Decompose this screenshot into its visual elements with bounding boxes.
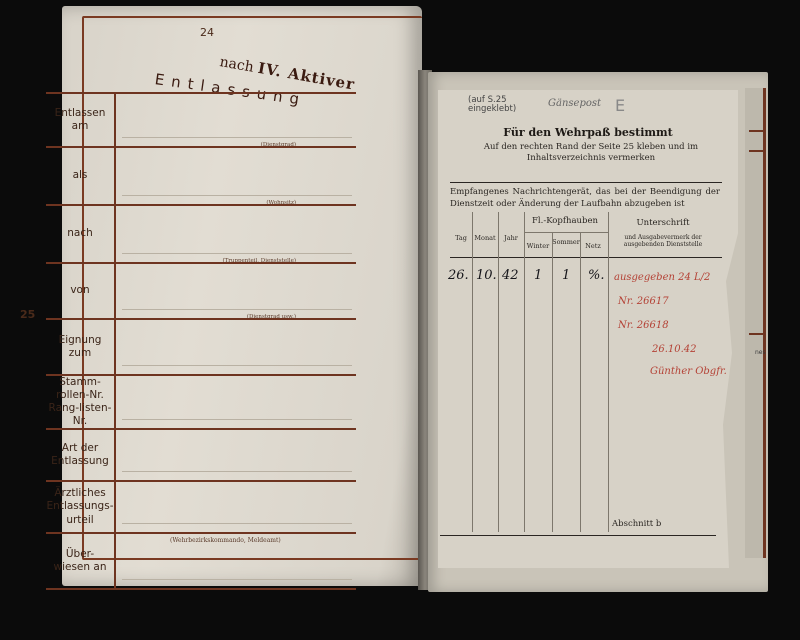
col-winter: Winter: [524, 242, 552, 250]
form-row-field[interactable]: (Dienstgrad): [116, 94, 356, 146]
col-group-kopfhauben: Fl.-Kopfhauben: [524, 216, 606, 226]
form-row: nach(Truppenteil, Dienststelle): [46, 204, 356, 262]
form-row-field[interactable]: (Dienstgrad usw.): [116, 264, 356, 318]
form-row-field[interactable]: [116, 430, 356, 480]
entry-winter: 1: [534, 268, 542, 283]
equipment-table-header: Tag Monat Jahr Fl.-Kopfhauben Winter Som…: [450, 212, 716, 256]
form-row-label: Art der Entlassung: [46, 430, 116, 480]
form-row: von(Dienstgrad usw.): [46, 262, 356, 318]
slip-intro: Empfangenes Nachrichtengerät, das bei de…: [450, 187, 720, 211]
entry-netz: %.: [588, 268, 605, 283]
col-tag: Tag: [450, 234, 472, 242]
col-unterschrift-sub: und Ausgabevermerk der ausgebenden Diens…: [610, 234, 716, 248]
entry-sommer: 1: [562, 268, 570, 283]
form-row: Stamm-rollen-Nr. Rang-listen-Nr.: [46, 374, 356, 428]
red-annotation: 26.10.42: [652, 344, 697, 355]
form-row-field[interactable]: [116, 482, 356, 532]
red-annotation: Günther Obgfr.: [650, 366, 727, 377]
section-label: Abschnitt b: [612, 519, 661, 529]
form-row-field[interactable]: [116, 320, 356, 374]
entry-monat: 10.: [476, 268, 497, 283]
col-jahr: Jahr: [498, 234, 524, 242]
entry-tag: 26.: [448, 268, 469, 283]
form-row: als(Wohnsitz): [46, 146, 356, 204]
form-row-field[interactable]: (Truppenteil, Dienststelle): [116, 206, 356, 262]
col-sommer: Sommer: [552, 238, 580, 246]
red-annotation: Nr. 26617: [618, 296, 669, 307]
discharge-form-grid: Entlassen am(Dienstgrad)als(Wohnsitz)nac…: [46, 92, 356, 590]
form-row: Art der Entlassung: [46, 428, 356, 480]
form-row-label: nach: [46, 206, 116, 262]
form-row-label: als: [46, 148, 116, 204]
pencil-note-2: Gänsepost: [548, 98, 601, 109]
slip-subtitle: Auf den rechten Rand der Seite 25 kleben…: [446, 142, 736, 165]
col-netz: Netz: [580, 242, 606, 250]
form-row-label: von: [46, 264, 116, 318]
slip-title: Für den Wehrpaß bestimmt: [438, 126, 738, 139]
red-annotation: ausgegeben 24 L/2: [614, 272, 710, 283]
form-row: Eignung zum: [46, 318, 356, 374]
pencil-letter: E: [615, 96, 625, 115]
side-page-number: 25: [20, 308, 35, 321]
form-row-label: Über-wiesen an: [46, 534, 116, 588]
pencil-note: (auf S.25 eingeklebt): [468, 96, 516, 115]
page-number: 24: [200, 26, 214, 39]
form-row: Entlassen am(Dienstgrad): [46, 92, 356, 146]
form-row-field[interactable]: [116, 376, 356, 428]
pencil-note-line: eingeklebt): [468, 105, 516, 114]
right-page-edge: [745, 88, 766, 558]
col-unterschrift: Unterschrift: [610, 218, 716, 228]
entry-jahr: 42: [502, 268, 519, 283]
form-row-label: Ärztliches Entlassungs-urteil: [46, 482, 116, 532]
form-row: Ärztliches Entlassungs-urteil: [46, 480, 356, 532]
footer-hint: (Wehrbezirkskommando, Meldeamt): [170, 537, 281, 544]
red-annotation: Nr. 26618: [618, 320, 669, 331]
edge-fragment: nes: [755, 349, 766, 356]
form-row-label: Eignung zum: [46, 320, 116, 374]
form-row-field[interactable]: (Wohnsitz): [116, 148, 356, 204]
form-row-label: Stamm-rollen-Nr. Rang-listen-Nr.: [46, 376, 116, 428]
form-row-label: Entlassen am: [46, 94, 116, 146]
col-monat: Monat: [472, 234, 498, 242]
